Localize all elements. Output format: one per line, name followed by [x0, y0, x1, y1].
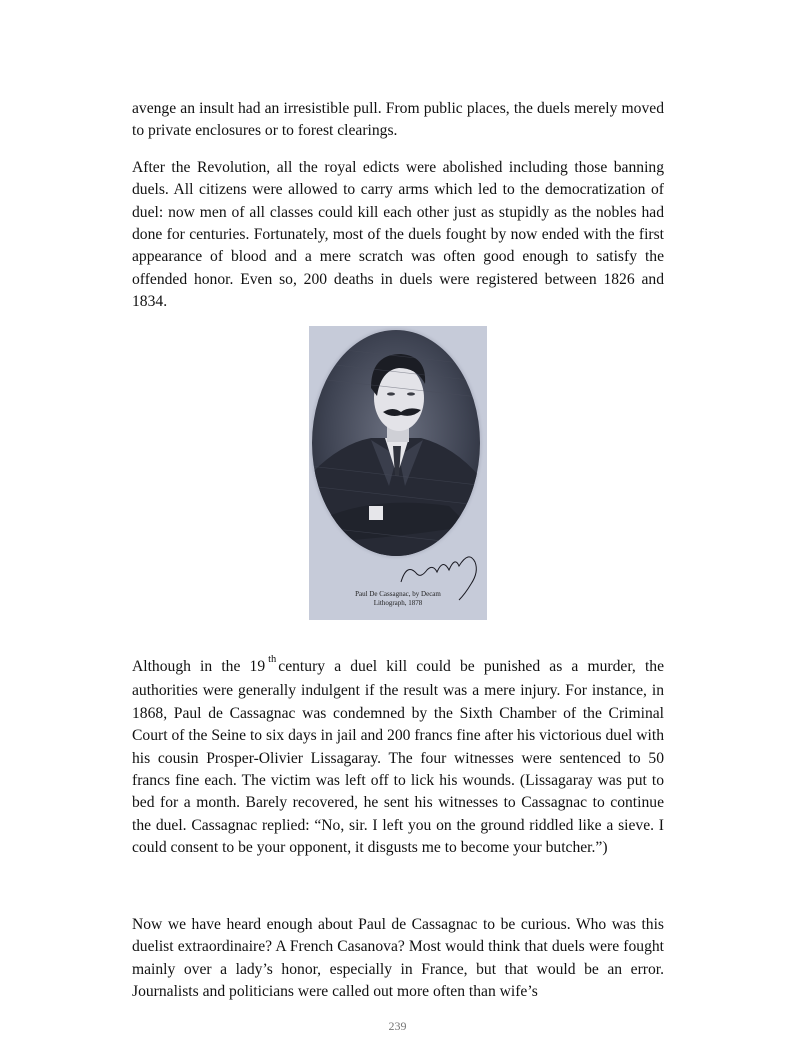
figure-caption: Paul De Cassagnac, by Decam Lithograph, …: [309, 590, 487, 608]
portrait-figure: Paul De Cassagnac, by Decam Lithograph, …: [309, 326, 487, 620]
page-number: 239: [0, 1019, 795, 1034]
paragraph-19th-century: Although in the 19thcentury a duel kill …: [132, 656, 664, 860]
ordinal-superscript: th: [268, 654, 276, 665]
paragraph-revolution: After the Revolution, all the royal edic…: [132, 157, 664, 314]
portrait-engraving-icon: [309, 326, 487, 620]
paragraph-duels-private: avenge an insult had an irresistible pul…: [132, 98, 664, 143]
p3-after-sup: century a duel kill could be punished as…: [132, 658, 664, 856]
caption-line-2: Lithograph, 1878: [309, 599, 487, 608]
paragraph-duelist-extraordinaire: Now we have heard enough about Paul de C…: [132, 914, 664, 1004]
page-body: avenge an insult had an irresistible pul…: [132, 98, 664, 314]
p3-before-sup: Although in the 19: [132, 658, 265, 675]
caption-line-1: Paul De Cassagnac, by Decam: [309, 590, 487, 599]
